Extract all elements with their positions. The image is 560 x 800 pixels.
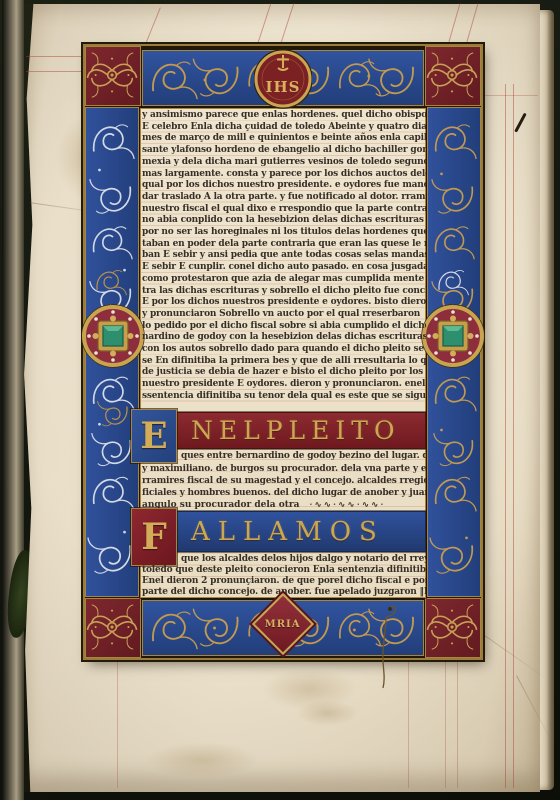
manuscript-text-line: lo pedido por el dicho fiscal sobre si a… [142,321,426,333]
ruling-line [445,660,446,788]
gem-medallion-right [421,304,485,368]
stain [296,700,358,726]
stain [146,742,258,778]
maria-monogram: MRIA [265,618,301,629]
manuscript-text-line: toledo que deste pleito conocieron Enla … [142,565,426,576]
manuscript-text-line: E sebir E cunplir. conel dicho auto pasa… [142,262,426,274]
manuscript-text-line: ssentencia difinitiba su tenor dela qual… [142,391,426,403]
manuscript-text-line: E celebro Enla dicha çuidad de toledo Ab… [142,122,426,134]
heading-pleito-text: NELPLEITO [191,416,400,445]
manuscript-text-line: taban en poder dela parte contraria que … [142,239,426,251]
text-line-indented: que los alcaldes delos hijos dalgo y not… [181,554,426,564]
ruling-line [513,84,514,788]
manuscript-text-line: por no ser las horeginales ni los titulo… [142,227,426,239]
manuscript-text-line: nuestro fiscal el qual dixo e rrespondio… [142,204,426,216]
heading-band-fallamos: ALLAMOS [140,511,426,552]
ruling-line [117,660,118,788]
manuscript-text-line: nardino de godoy con la hesebizion delas… [142,332,426,344]
ruling-line [505,84,506,788]
gem-medallion-left [81,304,145,368]
ihs-monogram: IHS [265,78,300,96]
ruling-line [26,71,86,72]
book-binding-edge [2,0,24,800]
text-block-upper: y ansimismo parece que enlas hordenes. q… [142,110,426,404]
ruling-line [457,660,458,788]
illuminated-initial-f: F [131,508,177,566]
text-line-with-flourish: angulo su procurador dela otra·∿∿·∿∿·∿∿· [142,499,426,510]
text-block-middle: y maximiliano. de burgos su procurador. … [142,463,426,500]
manuscript-text-line: y ansimismo parece que enlas hordenes. q… [142,110,426,122]
manuscript-text-line: tra las dichas escrituras y sobrello el … [142,286,426,298]
manuscript-text-line: ban E sebir y ansi pedia que ante todas … [142,250,426,262]
stray-fiber [372,600,412,695]
ihs-medallion: IHS [254,45,312,109]
ruling-line [26,56,86,57]
corner-ornament-bottom-right [425,598,481,658]
manuscript-text-line: nuestro presidente E oydores. dieron y p… [142,379,426,391]
manuscript-text-line: mexia y dela dicha mari gutierres vesino… [142,157,426,169]
manuscript-text-line: rramires fiscal de su magestad y el conc… [142,475,426,487]
manuscript-text-line: E por los dichos nuestros presidente e o… [142,297,426,309]
manuscript-text-line: no abia conplido con la hesebizion delas… [142,215,426,227]
manuscript-text-line: qual por los dichos nuestro presidente. … [142,180,426,192]
manuscript-text-line: sante ylafonso hordeno de ebangelio al d… [142,145,426,157]
illuminated-initial-e: E [131,409,177,463]
manuscript-text-line: ficiales y hombres buenos. del dicho lug… [142,487,426,499]
manuscript-text-line: Enel dieron 2 pronunçiaron. de que porel… [142,576,426,587]
manuscript-text-line: de justicia se debia de hazer e bisto el… [142,367,426,379]
corner-ornament-top-right [425,46,481,106]
manuscript-text-line: dar traslado A la otra parte. y fue noti… [142,192,426,204]
heading-band-en-el-pleito: NELPLEITO [140,412,426,449]
manuscript-text-line: con los autos sobrello dado para quando … [142,344,426,356]
manuscript-text-line: como protestaron que azia de alegar mas … [142,274,426,286]
corner-ornament-top-left [85,46,141,106]
manuscript-text-line: se En difinitiba la primera bes y que de… [142,356,426,368]
manuscript-text-line: mes de março de mill e quinientos e bein… [142,133,426,145]
ruling-line [484,95,538,96]
manuscript-text-line: mas largamente. consta y parece por los … [142,169,426,181]
manuscript-text-line: y pronunciaron Sobrello vn aucto por el … [142,309,426,321]
heading-fallamos-text: ALLAMOS [191,517,385,547]
manuscript-text-line: y maximiliano. de burgos su procurador. … [142,463,426,475]
text-line-indented: ques entre bernardino de godoy bezino de… [181,451,426,461]
manuscript-photo-scene: IHS y ansimismo parece que enlas hordene… [0,0,560,800]
corner-ornament-bottom-left [85,598,141,658]
line-filler-flourish: ·∿∿·∿∿·∿∿· [299,499,385,509]
